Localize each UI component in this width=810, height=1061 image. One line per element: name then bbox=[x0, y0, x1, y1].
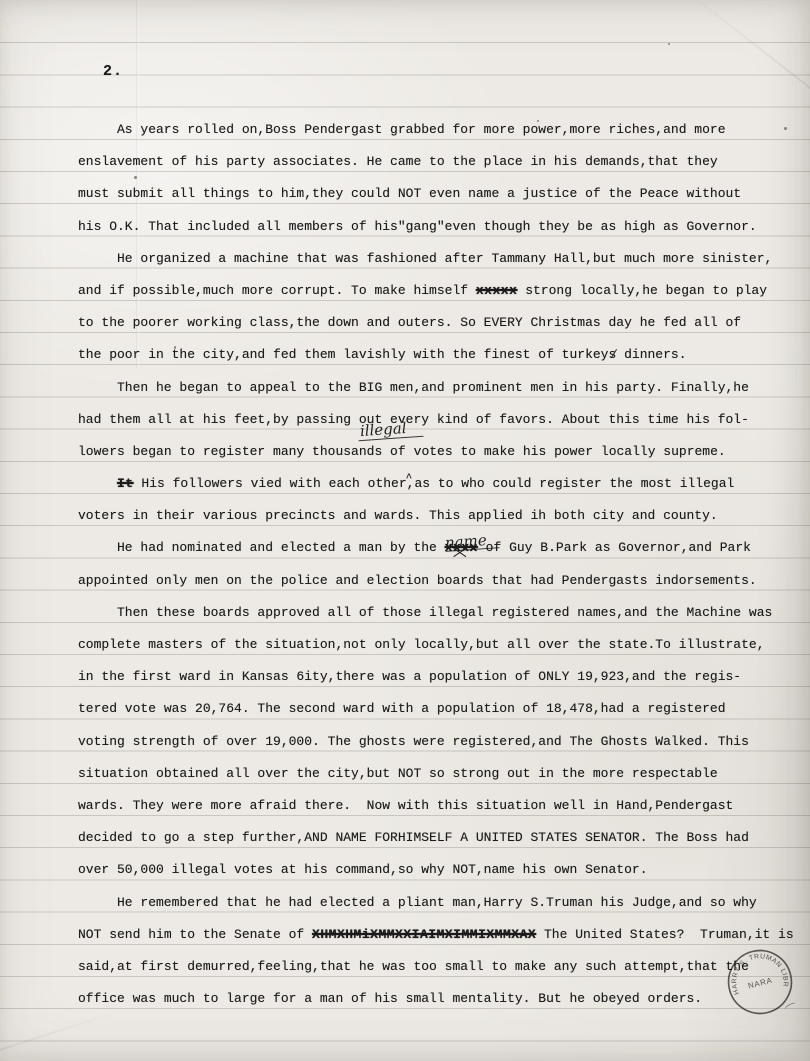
typed-text: said,at first demurred,feeling,that he w… bbox=[78, 959, 749, 974]
typed-text: in the first ward in Kansas 6ity,there w… bbox=[78, 669, 741, 684]
typed-text: must submit all things to him,they could… bbox=[78, 186, 741, 201]
document-line: his O.K. That included all members of hi… bbox=[78, 211, 778, 243]
document-line: complete masters of the situation,not on… bbox=[78, 629, 778, 661]
document-line: appointed only men on the police and ele… bbox=[78, 565, 778, 597]
document-line: He organized a machine that was fashione… bbox=[78, 243, 778, 275]
document-line: Then he began to appeal to the BIG men,a… bbox=[78, 372, 778, 404]
struck-out-text: It bbox=[117, 476, 134, 491]
document-line: in the first ward in Kansas 6ity,there w… bbox=[78, 661, 778, 693]
typed-text: Then these boards approved all of those … bbox=[117, 605, 772, 620]
typed-text: of Guy B.Park as Governor,and Park bbox=[478, 540, 751, 555]
document-line: decided to go a step further,AND NAME FO… bbox=[78, 822, 778, 854]
document-line: situation obtained all over the city,but… bbox=[78, 758, 778, 790]
stamp-center-text: NARA bbox=[747, 976, 773, 991]
paper-speck bbox=[784, 127, 787, 130]
typed-text: appointed only men on the police and ele… bbox=[78, 573, 757, 588]
document-line: had them all at his feet,by passing out … bbox=[78, 404, 778, 436]
typewritten-text: As years rolled on,Boss Pendergast grabb… bbox=[78, 114, 778, 1015]
typed-text: over 50,000 illegal votes at his command… bbox=[78, 862, 648, 877]
document-page: 2. As years rolled on,Boss Pendergast gr… bbox=[0, 0, 810, 1061]
typed-text: strong locally,he began to play bbox=[517, 283, 767, 298]
typed-text: office was much to large for a man of hi… bbox=[78, 991, 702, 1006]
document-line: wards. They were more afraid there. Now … bbox=[78, 790, 778, 822]
typed-text: his O.K. That included all members of hi… bbox=[78, 219, 757, 234]
caret-mark: ^ bbox=[406, 463, 413, 495]
document-line: voting strength of over 19,000. The ghos… bbox=[78, 726, 778, 758]
document-line: As years rolled on,Boss Pendergast grabb… bbox=[78, 114, 778, 146]
typed-text: tered vote was 20,764. The second ward w… bbox=[78, 701, 726, 716]
document-line: to the poorer working class,the down and… bbox=[78, 307, 778, 339]
document-line: said,at first demurred,feeling,that he w… bbox=[78, 951, 778, 983]
document-line: and if possible,much more corrupt. To ma… bbox=[78, 275, 778, 307]
typed-text: situation obtained all over the city,but… bbox=[78, 766, 718, 781]
document-line: voters in their various precincts and wa… bbox=[78, 500, 778, 532]
typed-text: wards. They were more afraid there. Now … bbox=[78, 798, 733, 813]
document-line: over 50,000 illegal votes at his command… bbox=[78, 854, 778, 886]
typed-text: votes to make his power locally supreme. bbox=[414, 444, 726, 459]
typed-text: voters in their various precincts and wa… bbox=[78, 508, 718, 523]
typed-text: He remembered that he had elected a plia… bbox=[117, 895, 757, 910]
typed-text: and if possible,much more corrupt. To ma… bbox=[78, 283, 476, 298]
struck-out-text: xxxxx bbox=[476, 283, 518, 298]
typed-text: complete masters of the situation,not on… bbox=[78, 637, 765, 652]
typed-text: He had nominated and elected a man by th… bbox=[117, 540, 445, 555]
document-line: It His followers vied with each other,as… bbox=[78, 468, 778, 500]
page-number: 2. bbox=[103, 63, 123, 80]
document-line: enslavement of his party associates. He … bbox=[78, 146, 778, 178]
typed-text: Then he began to appeal to the BIG men,a… bbox=[117, 380, 749, 395]
document-line: office was much to large for a man of hi… bbox=[78, 983, 778, 1015]
typed-text: decided to go a step further,AND NAME FO… bbox=[78, 830, 749, 845]
typed-text: He organized a machine that was fashione… bbox=[117, 251, 772, 266]
handwritten-x-mark bbox=[453, 546, 468, 559]
handwritten-insertion: illegal bbox=[357, 420, 423, 441]
document-line: lowers began to register many thousands … bbox=[78, 436, 778, 468]
typed-text: As years rolled on,Boss Pendergast grabb… bbox=[117, 122, 726, 137]
document-line: the poor in the city,and fed them lavish… bbox=[78, 339, 778, 371]
document-line: tered vote was 20,764. The second ward w… bbox=[78, 693, 778, 725]
document-line: He remembered that he had elected a plia… bbox=[78, 887, 778, 919]
document-line: NOT send him to the Senate of XHMXHMiXMM… bbox=[78, 919, 778, 951]
struck-out-text: XHMXHMiXMMXXIAIMXIMMIXMMXAX bbox=[312, 927, 536, 942]
paper-speck bbox=[668, 43, 670, 45]
document-line: Then these boards approved all of those … bbox=[78, 597, 778, 629]
document-line: He had nominated and elected a man by th… bbox=[78, 532, 778, 564]
correction-group: xxxxname bbox=[445, 532, 478, 564]
typed-text: enslavement of his party associates. He … bbox=[78, 154, 718, 169]
slashed-char: s bbox=[609, 339, 617, 371]
typed-text: to the poorer working class,the down and… bbox=[78, 315, 741, 330]
typed-text: voting strength of over 19,000. The ghos… bbox=[78, 734, 749, 749]
typed-text: dinners. bbox=[616, 347, 686, 362]
typed-text: NOT send him to the Senate of bbox=[78, 927, 312, 942]
typed-text: His followers vied with each other,as to… bbox=[134, 476, 735, 491]
crease-mark bbox=[678, 0, 810, 97]
typed-text: The United States? Truman,it is bbox=[536, 927, 793, 942]
typed-text: lowers began to register many thousands … bbox=[78, 444, 406, 459]
document-line: must submit all things to him,they could… bbox=[78, 178, 778, 210]
typed-text: the poor in the city,and fed them lavish… bbox=[78, 347, 609, 362]
